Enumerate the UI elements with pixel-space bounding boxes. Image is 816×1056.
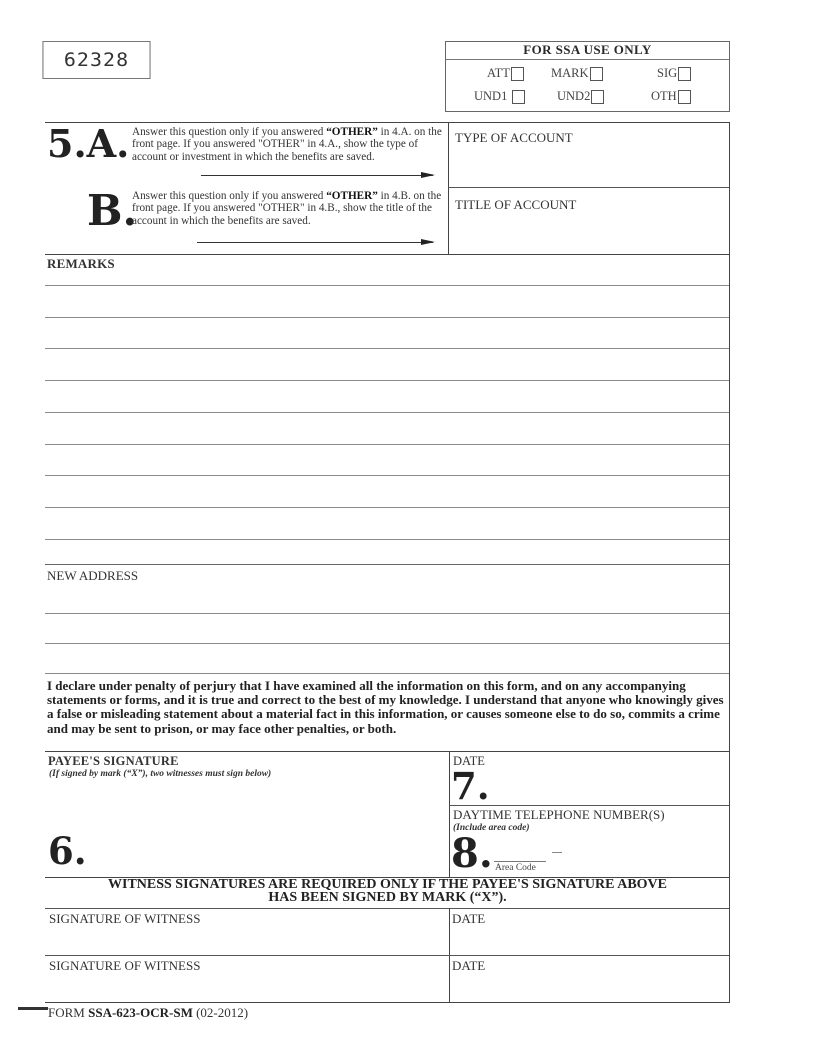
date-field[interactable] [490, 770, 726, 802]
witness-heading: WITNESS SIGNATURES ARE REQUIRED ONLY IF … [46, 878, 729, 904]
divider [449, 805, 729, 806]
ssa-use-only-title: FOR SSA USE ONLY [446, 42, 729, 60]
arrow-right-icon [201, 175, 433, 176]
checkbox-icon[interactable] [512, 90, 525, 104]
ssa-checkbox-sig[interactable]: SIG [657, 66, 691, 81]
divider [45, 751, 729, 752]
date-number: 7. [451, 764, 490, 808]
title-of-account-label: TITLE OF ACCOUNT [455, 197, 576, 213]
telephone-label: DAYTIME TELEPHONE NUMBER(S) [453, 807, 665, 823]
divider [45, 955, 729, 956]
writing-line[interactable] [45, 380, 729, 381]
witness-1-date-label: DATE [452, 911, 485, 927]
arrow-right-icon [197, 242, 433, 243]
form-number-footer: FORM SSA-623-OCR-SM (02-2012) [48, 1005, 248, 1021]
checkbox-icon[interactable] [678, 67, 691, 81]
writing-line[interactable] [45, 348, 729, 349]
ssa-checkbox-label: UND2 [557, 89, 590, 104]
divider [448, 187, 729, 188]
witness-2-date-label: DATE [452, 958, 485, 974]
telephone-field[interactable] [566, 838, 724, 868]
form-id-box: 62328 [42, 41, 150, 79]
ssa-checkbox-oth[interactable]: OTH [651, 89, 691, 104]
ssa-checkbox-mark[interactable]: MARK [551, 66, 603, 81]
witness-1-signature-label: SIGNATURE OF WITNESS [49, 911, 200, 927]
ssa-checkbox-und1[interactable]: UND1 [474, 89, 525, 104]
ssa-checkbox-und2[interactable]: UND2 [557, 89, 604, 104]
divider [45, 254, 729, 255]
payee-signature-note: (If signed by mark (“X”), two witnesses … [49, 769, 271, 779]
writing-line[interactable] [45, 539, 729, 540]
section-5b-number: B. [87, 186, 137, 236]
writing-line[interactable] [45, 613, 729, 614]
divider [449, 751, 450, 877]
section-5a-number: 5.A. [47, 121, 129, 167]
perjury-declaration: I declare under penalty of perjury that … [47, 679, 727, 736]
witness-2-signature-field[interactable] [48, 975, 446, 1001]
ssa-checkbox-label: OTH [651, 89, 677, 104]
ssa-use-only-box: FOR SSA USE ONLY ATT MARK SIG UND1 UND2 … [445, 41, 730, 112]
ssa-checkbox-label: MARK [551, 66, 589, 81]
witness-2-date-field[interactable] [452, 975, 726, 1001]
ssa-checkbox-att[interactable]: ATT [487, 66, 524, 81]
area-code-line [494, 861, 546, 862]
writing-line[interactable] [45, 475, 729, 476]
divider [45, 908, 729, 909]
telephone-number-label: 8. [451, 830, 493, 878]
type-of-account-label: TYPE OF ACCOUNT [455, 130, 573, 146]
payee-signature-field[interactable] [100, 785, 440, 873]
witness-2-signature-label: SIGNATURE OF WITNESS [49, 958, 200, 974]
writing-line[interactable] [45, 507, 729, 508]
type-of-account-field[interactable] [452, 148, 726, 185]
ssa-checkbox-label: UND1 [474, 89, 507, 104]
writing-line[interactable] [45, 444, 729, 445]
payee-signature-number: 6. [48, 829, 87, 873]
area-code-field[interactable] [494, 845, 546, 860]
section-5b-instruction: Answer this question only if you answere… [132, 190, 452, 227]
form-right-border [729, 122, 730, 1002]
writing-line[interactable] [45, 643, 729, 644]
divider [45, 1002, 730, 1003]
footer-marker [18, 1007, 48, 1010]
writing-line[interactable] [45, 285, 729, 286]
witness-1-date-field[interactable] [452, 928, 726, 954]
new-address-label: NEW ADDRESS [47, 568, 138, 584]
divider [45, 122, 729, 123]
witness-1-signature-field[interactable] [48, 928, 446, 954]
divider [45, 564, 729, 565]
dash [552, 852, 562, 853]
checkbox-icon[interactable] [511, 67, 524, 81]
ssa-checkbox-label: SIG [657, 66, 677, 81]
area-code-label: Area Code [495, 863, 536, 873]
remarks-label: REMARKS [47, 256, 115, 272]
checkbox-icon[interactable] [678, 90, 691, 104]
checkbox-icon[interactable] [591, 90, 604, 104]
ssa-checkbox-label: ATT [487, 66, 510, 81]
title-of-account-field[interactable] [452, 215, 726, 252]
checkbox-icon[interactable] [590, 67, 603, 81]
payee-signature-label: PAYEE'S SIGNATURE [48, 754, 179, 769]
section-5a-instruction: Answer this question only if you answere… [132, 126, 452, 163]
writing-line[interactable] [45, 317, 729, 318]
writing-line[interactable] [45, 673, 729, 674]
writing-line[interactable] [45, 412, 729, 413]
